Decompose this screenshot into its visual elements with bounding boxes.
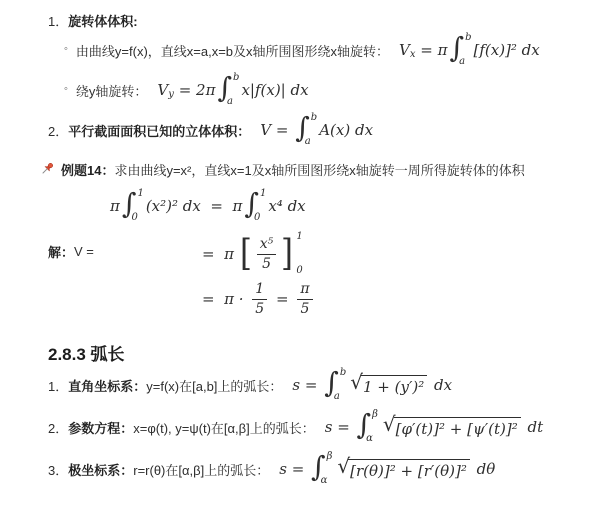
integral-group: ∫ ba (449, 33, 470, 67)
fraction-denominator: 5 (255, 300, 264, 317)
arc-item-text: y=f(x)在[a,b]上的弧长： (146, 376, 282, 395)
sqrt-body: [φ′(t)]² + [ψ′(t)]² (394, 417, 521, 438)
formula-arc-polar: s = ∫ βα √ [r(θ)]² + [r′(θ)]² dθ (279, 452, 495, 486)
sqrt-group: √ 1 + (y′)² (350, 375, 427, 396)
bullet-x-text: 由曲线y=f(x)，直线x=a,x=b及x轴所围图形绕x轴旋转： (76, 41, 389, 60)
volume-title-text: 旋转体体积: (68, 11, 137, 30)
formula-va-body: A(x) dx (319, 121, 373, 139)
integral-group: ∫ ba (217, 73, 238, 107)
example-text: 求由曲线y=x²，直线x=1及x轴所围图形绕x轴旋转一周所得旋转体的体积 (114, 160, 524, 179)
right-bracket: ] (281, 237, 293, 271)
integral-lower: α (366, 434, 373, 444)
arc-item-polar: 3．极坐标系： r=r(θ)在[α,β]上的弧长： s = ∫ βα √ [r(… (48, 448, 600, 490)
integral-upper: β (372, 410, 379, 420)
fraction-denominator: 5 (262, 255, 271, 272)
fraction-numerator: 1 (252, 281, 267, 299)
solve-word: 解： (48, 242, 74, 261)
pushpin-icon (39, 161, 55, 177)
fraction-x5-over-5: x⁵ 5 (257, 236, 277, 271)
formula-vx-lhs: V (399, 41, 410, 59)
bracket-lower: 0 (296, 266, 302, 276)
sol2-eq: = π (202, 245, 239, 263)
formula-tail: dx (429, 376, 452, 394)
solution-lines: π ∫ 10 (x²)² dx = π ∫ 10 x⁴ dx = π [ x⁵ … (110, 186, 317, 316)
example-label: 例题14： (61, 160, 114, 179)
integral-upper: b (340, 368, 346, 378)
bullet-y-rotation: ◦ 绕y轴旋转： Vy = 2π ∫ ba x|f(x)| dx (64, 70, 600, 110)
left-bracket: [ (240, 237, 252, 271)
radical-icon: √ (350, 372, 363, 392)
cross-section-text: 平行截面面积已知的立体体积： (68, 121, 250, 140)
integral-upper: 1 (137, 189, 143, 199)
formula-va: V = ∫ ba A(x) dx (260, 113, 373, 147)
cross-section-title: 2．平行截面面积已知的立体体积： V = ∫ ba A(x) dx (48, 110, 600, 150)
sqrt-body: [r(θ)]² + [r′(θ)]² (348, 459, 470, 480)
arc-length-heading: 2.8.3 弧长 (48, 340, 600, 364)
integral-lower: 0 (131, 213, 137, 223)
formula-eq: = (287, 460, 309, 478)
arc-item-text: x=φ(t), y=ψ(t)在[α,β]上的弧长： (133, 418, 314, 437)
formula-vy: Vy = 2π ∫ ba x|f(x)| dx (157, 73, 308, 107)
integral-group: ∫ 10 (244, 189, 265, 223)
arc-item-label: 直角坐标系： (68, 376, 146, 395)
sol1-end: x⁴ dx (268, 197, 305, 215)
arc-item-text: r=r(θ)在[α,β]上的弧长： (133, 460, 269, 479)
integral-group: ∫ ba (324, 368, 345, 402)
formula-vy-lhs: V (157, 81, 168, 99)
integral-upper: β (327, 452, 334, 462)
integral-group: ∫ ba (295, 113, 316, 147)
integral-upper: 1 (260, 189, 266, 199)
sol3-eq2: = (271, 290, 293, 308)
fraction-numerator: x⁵ (257, 236, 277, 254)
bracket-upper: 1 (296, 232, 302, 242)
arc-item-label: 参数方程： (68, 418, 133, 437)
formula-lhs: s (279, 460, 287, 478)
document-page: 1．旋转体体积: ◦ 由曲线y=f(x)，直线x=a,x=b及x轴所围图形绕x轴… (0, 0, 600, 514)
arc-item-parametric: 2．参数方程： x=φ(t), y=ψ(t)在[α,β]上的弧长： s = ∫ … (48, 406, 600, 448)
fraction-numerator: π (297, 281, 312, 299)
formula-va-lhs: V (260, 121, 271, 139)
arc-item-label: 极坐标系： (68, 460, 133, 479)
solve-label: 解： V = (48, 242, 110, 261)
integral-lower: a (305, 137, 311, 147)
radical-icon: √ (337, 456, 350, 476)
bullet-x-rotation: ◦ 由曲线y=f(x)，直线x=a,x=b及x轴所围图形绕x轴旋转： Vx = … (64, 30, 600, 70)
integral-lower: 0 (254, 213, 260, 223)
integral-lower: a (459, 57, 465, 67)
formula-va-eq: = (271, 121, 293, 139)
item-number: 2． (48, 418, 68, 437)
solution-line-3: = π · 1 5 = π 5 (202, 282, 317, 316)
fraction-1-over-5: 1 5 (252, 281, 267, 316)
integral-group: ∫ βα (311, 452, 332, 486)
sol1-pi: π (110, 197, 120, 215)
volume-title: 1．旋转体体积: (48, 10, 600, 30)
formula-tail: dθ (472, 460, 495, 478)
radical-icon: √ (383, 414, 396, 434)
integral-lower: α (321, 476, 328, 486)
item-number: 2． (48, 121, 68, 140)
solution-line-1: π ∫ 10 (x²)² dx = π ∫ 10 x⁴ dx (110, 186, 317, 226)
integral-group: ∫ βα (357, 410, 378, 444)
solution-block: 解： V = π ∫ 10 (x²)² dx = π ∫ 10 x⁴ dx = … (48, 186, 600, 316)
integral-lower: a (334, 392, 340, 402)
formula-vy-body: x|f(x)| dx (241, 81, 308, 99)
formula-arc-rectangular: s = ∫ ba √ 1 + (y′)² dx (292, 368, 452, 402)
formula-vx-sub: x (410, 49, 416, 60)
formula-vx-body: [f(x)]² dx (473, 41, 539, 59)
solution-line-2: = π [ x⁵ 5 ] 10 (202, 230, 317, 278)
item-number: 3． (48, 460, 68, 479)
formula-tail: dt (523, 418, 543, 436)
formula-vy-sub: y (168, 89, 174, 100)
sol1-mid: (x²)² dx = π (146, 197, 243, 215)
sqrt-body: 1 + (y′)² (361, 375, 427, 396)
formula-vy-eq: = 2π (174, 81, 216, 99)
fraction-denominator: 5 (300, 300, 309, 317)
item-number: 1． (48, 376, 68, 395)
bullet-icon: ◦ (64, 83, 68, 95)
sqrt-group: √ [r(θ)]² + [r′(θ)]² (337, 459, 470, 480)
integral-group: ∫ 10 (122, 189, 143, 223)
formula-arc-parametric: s = ∫ βα √ [φ′(t)]² + [ψ′(t)]² dt (325, 410, 543, 444)
integral-upper: b (233, 73, 239, 83)
formula-lhs: s (325, 418, 333, 436)
integral-upper: b (465, 33, 471, 43)
formula-eq: = (332, 418, 354, 436)
sqrt-group: √ [φ′(t)]² + [ψ′(t)]² (383, 417, 521, 438)
item-number: 1． (48, 11, 68, 30)
formula-lhs: s (292, 376, 300, 394)
sol3-eq: = π · (202, 290, 248, 308)
formula-vx: Vx = π ∫ ba [f(x)]² dx (399, 33, 540, 67)
bullet-icon: ◦ (64, 43, 68, 55)
fraction-pi-over-5: π 5 (297, 281, 312, 316)
formula-eq: = (300, 376, 322, 394)
integral-upper: b (311, 113, 317, 123)
solve-v-equals: V = (74, 244, 94, 259)
bullet-y-text: 绕y轴旋转： (76, 81, 148, 100)
integral-lower: a (227, 97, 233, 107)
formula-vx-eq: = π (416, 41, 448, 59)
arc-item-rectangular: 1．直角坐标系： y=f(x)在[a,b]上的弧长： s = ∫ ba √ 1 … (48, 364, 600, 406)
example-14-line: 例题14： 求由曲线y=x²，直线x=1及x轴所围图形绕x轴旋转一周所得旋转体的… (39, 158, 600, 180)
